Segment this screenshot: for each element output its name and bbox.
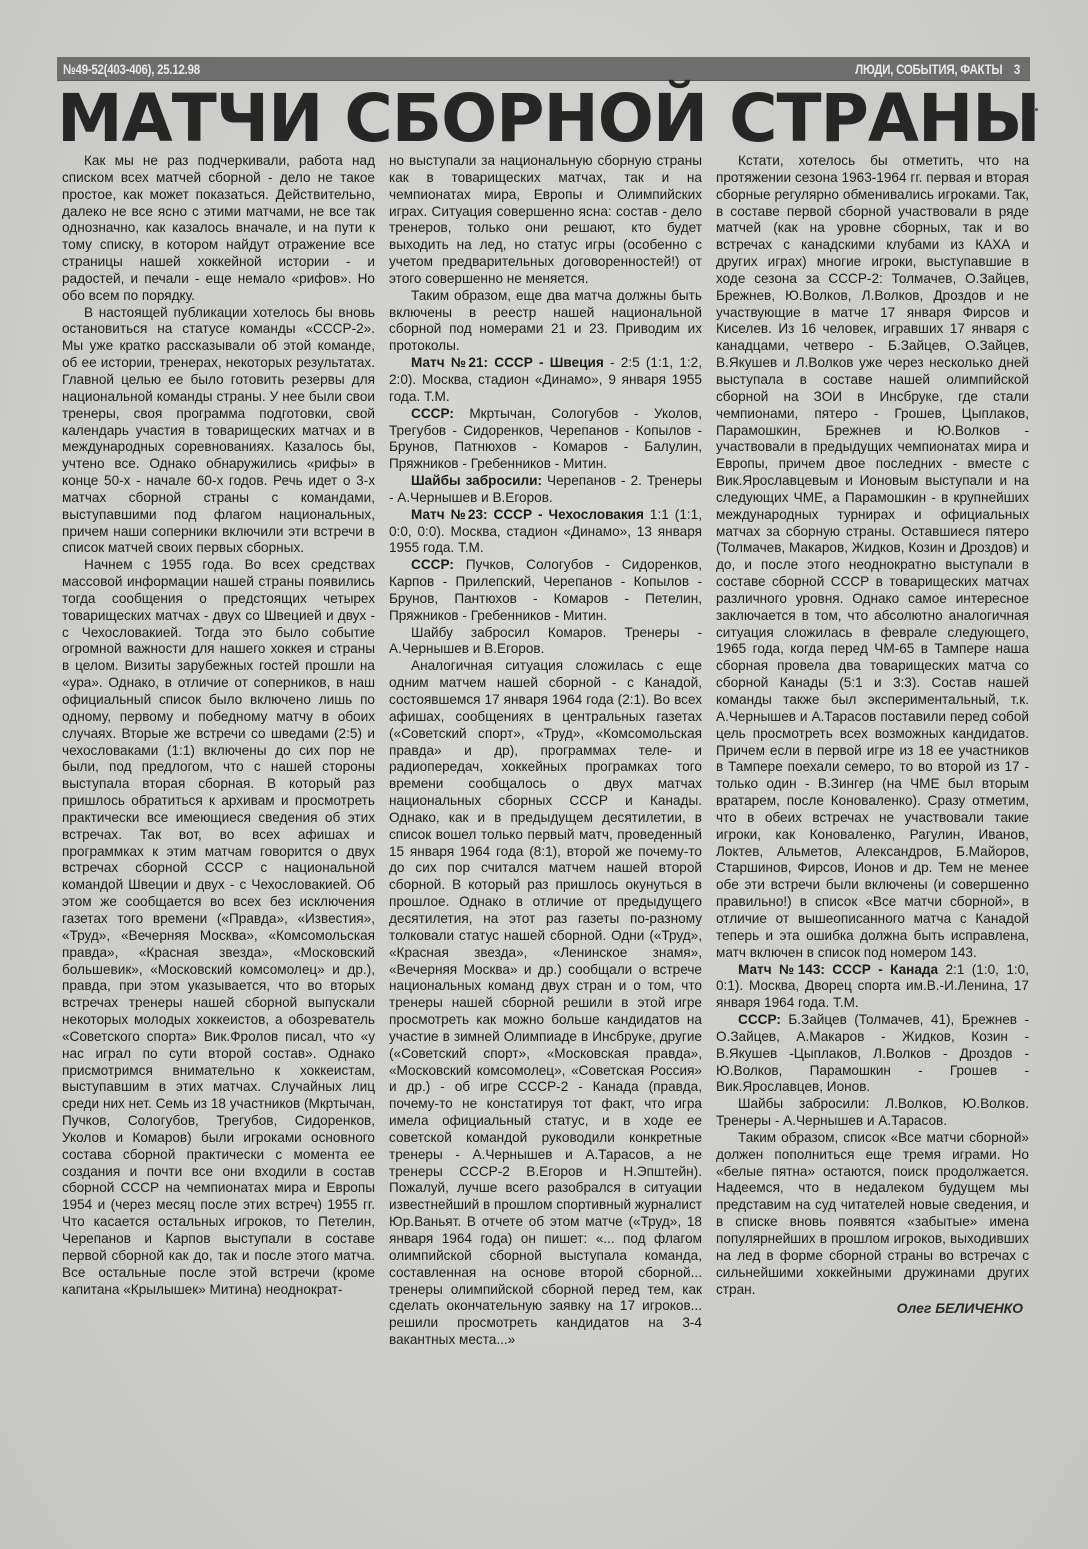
speck [1035, 108, 1038, 111]
article-paragraph: Шайбы забросили: Черепанов - 2. Тренеры … [389, 473, 702, 507]
paragraph-lead-bold: СССР: [411, 406, 454, 421]
article-paragraph: СССР: Б.Зайцев (Толмачев, 41), Брежнев -… [716, 1012, 1029, 1096]
paragraph-lead-bold: Матч №23: СССР - Чехословакия [411, 507, 644, 522]
column-1: Как мы не раз подчеркивали, работа над с… [62, 153, 375, 1349]
article-paragraph: Начнем с 1955 года. Во всех средствах ма… [62, 557, 375, 1298]
article-paragraph: но выступали за национальную сборную стр… [389, 153, 702, 288]
article-paragraph: Таким образом, список «Все матчи сборной… [716, 1130, 1029, 1298]
author-byline: Олег БЕЛИЧЕНКО [716, 1300, 1029, 1317]
issue-info: №49-52(403-406), 25.12.98 [63, 61, 200, 77]
article-paragraph: Матч №21: СССР - Швеция - 2:5 (1:1, 1:2,… [389, 355, 702, 406]
paragraph-text: Начнем с 1955 года. Во всех средствах ма… [62, 557, 375, 1296]
article-paragraph: СССР: Пучков, Сологубов - Сидоренков, Ка… [389, 557, 702, 624]
paragraph-text: В настоящей публикации хотелось бы вновь… [62, 305, 375, 556]
paragraph-text: Шайбу забросил Комаров. Тренеры - А.Черн… [389, 625, 702, 657]
article-paragraph: Таким образом, еще два матча должны быть… [389, 288, 702, 355]
article-paragraph: Аналогичная ситуация сложилась с еще одн… [389, 658, 702, 1349]
paragraph-lead-bold: Шайбы забросили: [411, 473, 542, 488]
paragraph-lead-bold: СССР: [411, 557, 454, 572]
article-paragraph: Шайбу забросил Комаров. Тренеры - А.Черн… [389, 625, 702, 659]
article-paragraph: Матч №23: СССР - Чехословакия 1:1 (1:1, … [389, 507, 702, 558]
article-paragraph: Кстати, хотелось бы отметить, что на про… [716, 153, 1029, 962]
article-body: Как мы не раз подчеркивали, работа над с… [62, 153, 1030, 1349]
article-paragraph: Как мы не раз подчеркивали, работа над с… [62, 153, 375, 305]
page-header-bar: №49-52(403-406), 25.12.98 ЛЮДИ, СОБЫТИЯ,… [57, 57, 1030, 81]
column-2: но выступали за национальную сборную стр… [389, 153, 702, 1349]
paragraph-text: но выступали за национальную сборную стр… [389, 153, 702, 286]
paragraph-text: Шайбы забросили: Л.Волков, Ю.Волков. Тре… [716, 1096, 1029, 1128]
paragraph-lead-bold: Матч №143: СССР - Канада [738, 962, 938, 977]
section-title: ЛЮДИ, СОБЫТИЯ, ФАКТЫ [855, 61, 1002, 77]
paragraph-text: Таким образом, еще два матча должны быть… [389, 288, 702, 354]
newspaper-page: №49-52(403-406), 25.12.98 ЛЮДИ, СОБЫТИЯ,… [0, 0, 1088, 1549]
paragraph-text: Аналогичная ситуация сложилась с еще одн… [389, 658, 702, 1347]
section-info: ЛЮДИ, СОБЫТИЯ, ФАКТЫ 3 [855, 61, 1020, 77]
article-paragraph: В настоящей публикации хотелось бы вновь… [62, 305, 375, 558]
column-3: Кстати, хотелось бы отметить, что на про… [716, 153, 1029, 1349]
article-paragraph: Матч №143: СССР - Канада 2:1 (1:0, 1:0, … [716, 962, 1029, 1013]
paragraph-text: Кстати, хотелось бы отметить, что на про… [716, 153, 1029, 960]
article-paragraph: Шайбы забросили: Л.Волков, Ю.Волков. Тре… [716, 1096, 1029, 1130]
article-headline: МАТЧИ СБОРНОЙ СТРАНЫ [57, 86, 1030, 152]
page-number: 3 [1014, 61, 1020, 77]
paragraph-text: Таким образом, список «Все матчи сборной… [716, 1130, 1029, 1297]
article-paragraph: СССР: Мкртычан, Сологубов - Уколов, Трег… [389, 406, 702, 473]
paragraph-text: Как мы не раз подчеркивали, работа над с… [62, 153, 375, 303]
paragraph-lead-bold: Матч №21: СССР - Швеция [411, 355, 604, 370]
paragraph-lead-bold: СССР: [738, 1012, 781, 1027]
